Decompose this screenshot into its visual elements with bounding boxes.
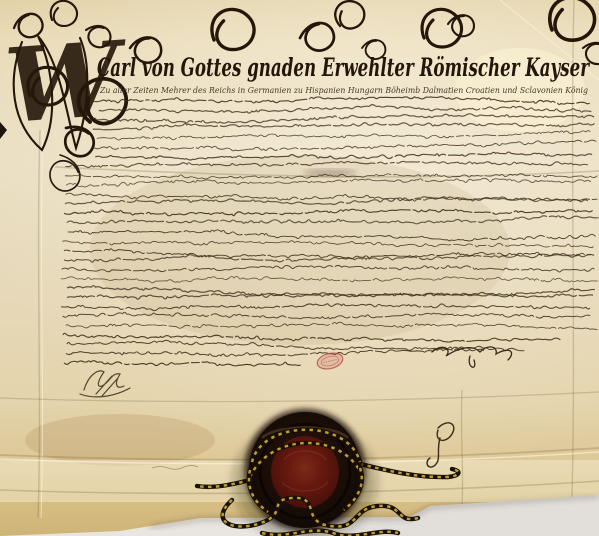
charter-photo: W Carl von Gottes gnaden Erwehlter Römis… [0, 0, 599, 536]
charter-headline: Carl von Gottes gnaden Erwehlter Römisch… [97, 53, 590, 82]
charter-canvas: W Carl von Gottes gnaden Erwehlter Römis… [0, 0, 599, 536]
charter-subheader: Zu aller Zeiten Mehrer des Reichs in Ger… [99, 85, 588, 95]
